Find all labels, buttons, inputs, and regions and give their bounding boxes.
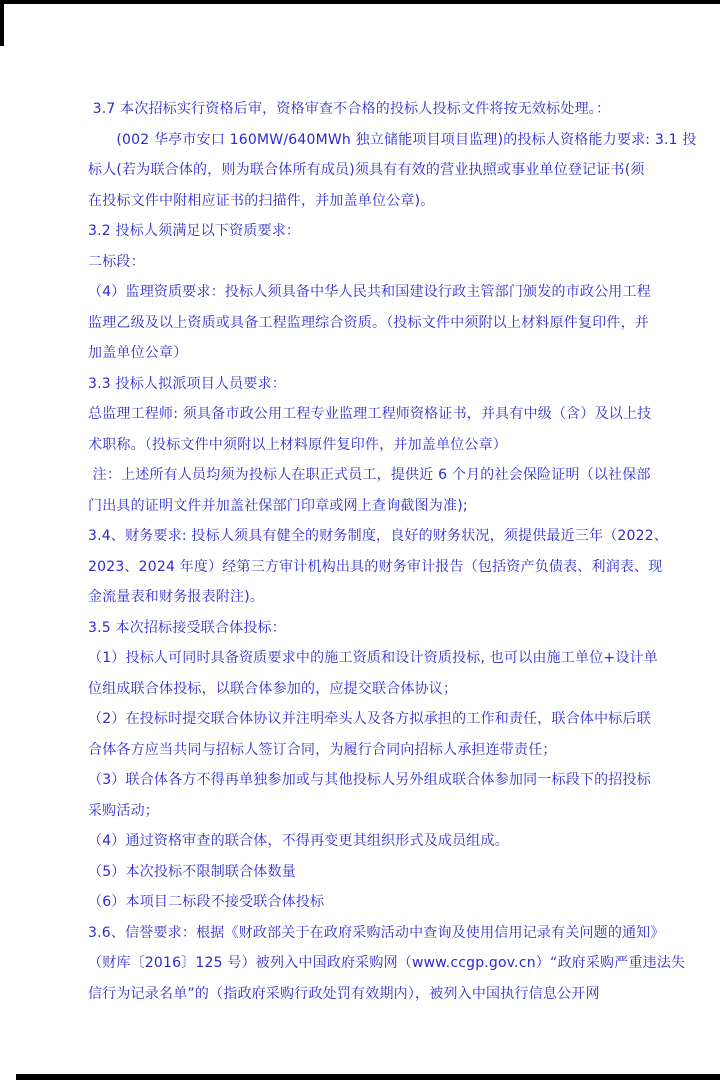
document-line: 3.6、信誉要求：根据《财政部关于在政府采购活动中查询及使用信用记录有关问题的通… [88, 918, 648, 949]
document-text: 3.7 本次招标实行资格后审，资格审查不合格的投标人投标文件将按无效标处理。： … [88, 94, 648, 1009]
scan-edge-bottom [16, 1074, 720, 1080]
document-line: 2023、2024 年度）经第三方审计机构出具的财务审计报告（包括资产负债表、利… [88, 552, 648, 583]
document-line: （1）投标人可同时具备资质要求中的施工资质和设计资质投标, 也可以由施工单位+设… [88, 643, 648, 674]
scan-edge-left [0, 0, 4, 46]
document-line: 3.3 投标人拟派项目人员要求： [88, 369, 648, 400]
document-line: 在投标文件中附相应证书的扫描件，并加盖单位公章)。 [88, 186, 648, 217]
document-line: 位组成联合体投标，以联合体参加的，应提交联合体协议； [88, 674, 648, 705]
document-line: 3.2 投标人须满足以下资质要求： [88, 216, 648, 247]
document-line: （4）监理资质要求：投标人须具备中华人民共和国建设行政主管部门颁发的市政公用工程 [88, 277, 648, 308]
document-line: 金流量表和财务报表附注)。 [88, 582, 648, 613]
document-line: 采购活动； [88, 796, 648, 827]
document-line: 3.4、财务要求: 投标人须具有健全的财务制度，良好的财务状况，须提供最近三年（… [88, 521, 648, 552]
document-line: 合体各方应当共同与招标人签订合同，为履行合同向招标人承担连带责任； [88, 735, 648, 766]
document-line: 3.7 本次招标实行资格后审，资格审查不合格的投标人投标文件将按无效标处理。： [88, 94, 648, 125]
document-line: （5）本次投标不限制联合体数量 [88, 857, 648, 888]
document-line: （6）本项目二标段不接受联合体投标 [88, 887, 648, 918]
document-line: 标人(若为联合体的，则为联合体所有成员)须具有有效的营业执照或事业单位登记证书(… [88, 155, 648, 186]
document-line: 加盖单位公章） [88, 338, 648, 369]
document-line: （2）在投标时提交联合体协议并注明牵头人及各方拟承担的工作和责任，联合体中标后联 [88, 704, 648, 735]
document-line: 注：上述所有人员均须为投标人在职正式员工，提供近 6 个月的社会保险证明（以社保… [88, 460, 648, 491]
document-line: 总监理工程师: 须具备市政公用工程专业监理工程师资格证书，并具有中级（含）及以上… [88, 399, 648, 430]
document-line: （3）联合体各方不得再单独参加或与其他投标人另外组成联合体参加同一标段下的招投标 [88, 765, 648, 796]
document-line: 3.5 本次招标接受联合体投标： [88, 613, 648, 644]
document-line: 二标段： [88, 247, 648, 278]
document-page: 3.7 本次招标实行资格后审，资格审查不合格的投标人投标文件将按无效标处理。： … [0, 0, 720, 1080]
scan-edge-top [0, 0, 720, 4]
document-line: （财库〔2016〕125 号）被列入中国政府采购网（www.ccgp.gov.c… [88, 948, 648, 979]
document-line: 门出具的证明文件并加盖社保部门印章或网上查询截图为准); [88, 491, 648, 522]
document-line: （4）通过资格审查的联合体，不得再变更其组织形式及成员组成。 [88, 826, 648, 857]
document-line: 信行为记录名单”的（指政府采购行政处罚有效期内），被列入中国执行信息公开网 [88, 979, 648, 1010]
document-line: 术职称。（投标文件中须附以上材料原件复印件，并加盖单位公章） [88, 430, 648, 461]
document-line: (002 华亭市安口 160MW/640MWh 独立储能项目项目监理)的投标人资… [88, 125, 648, 156]
document-line: 监理乙级及以上资质或具备工程监理综合资质。（投标文件中须附以上材料原件复印件，并 [88, 308, 648, 339]
